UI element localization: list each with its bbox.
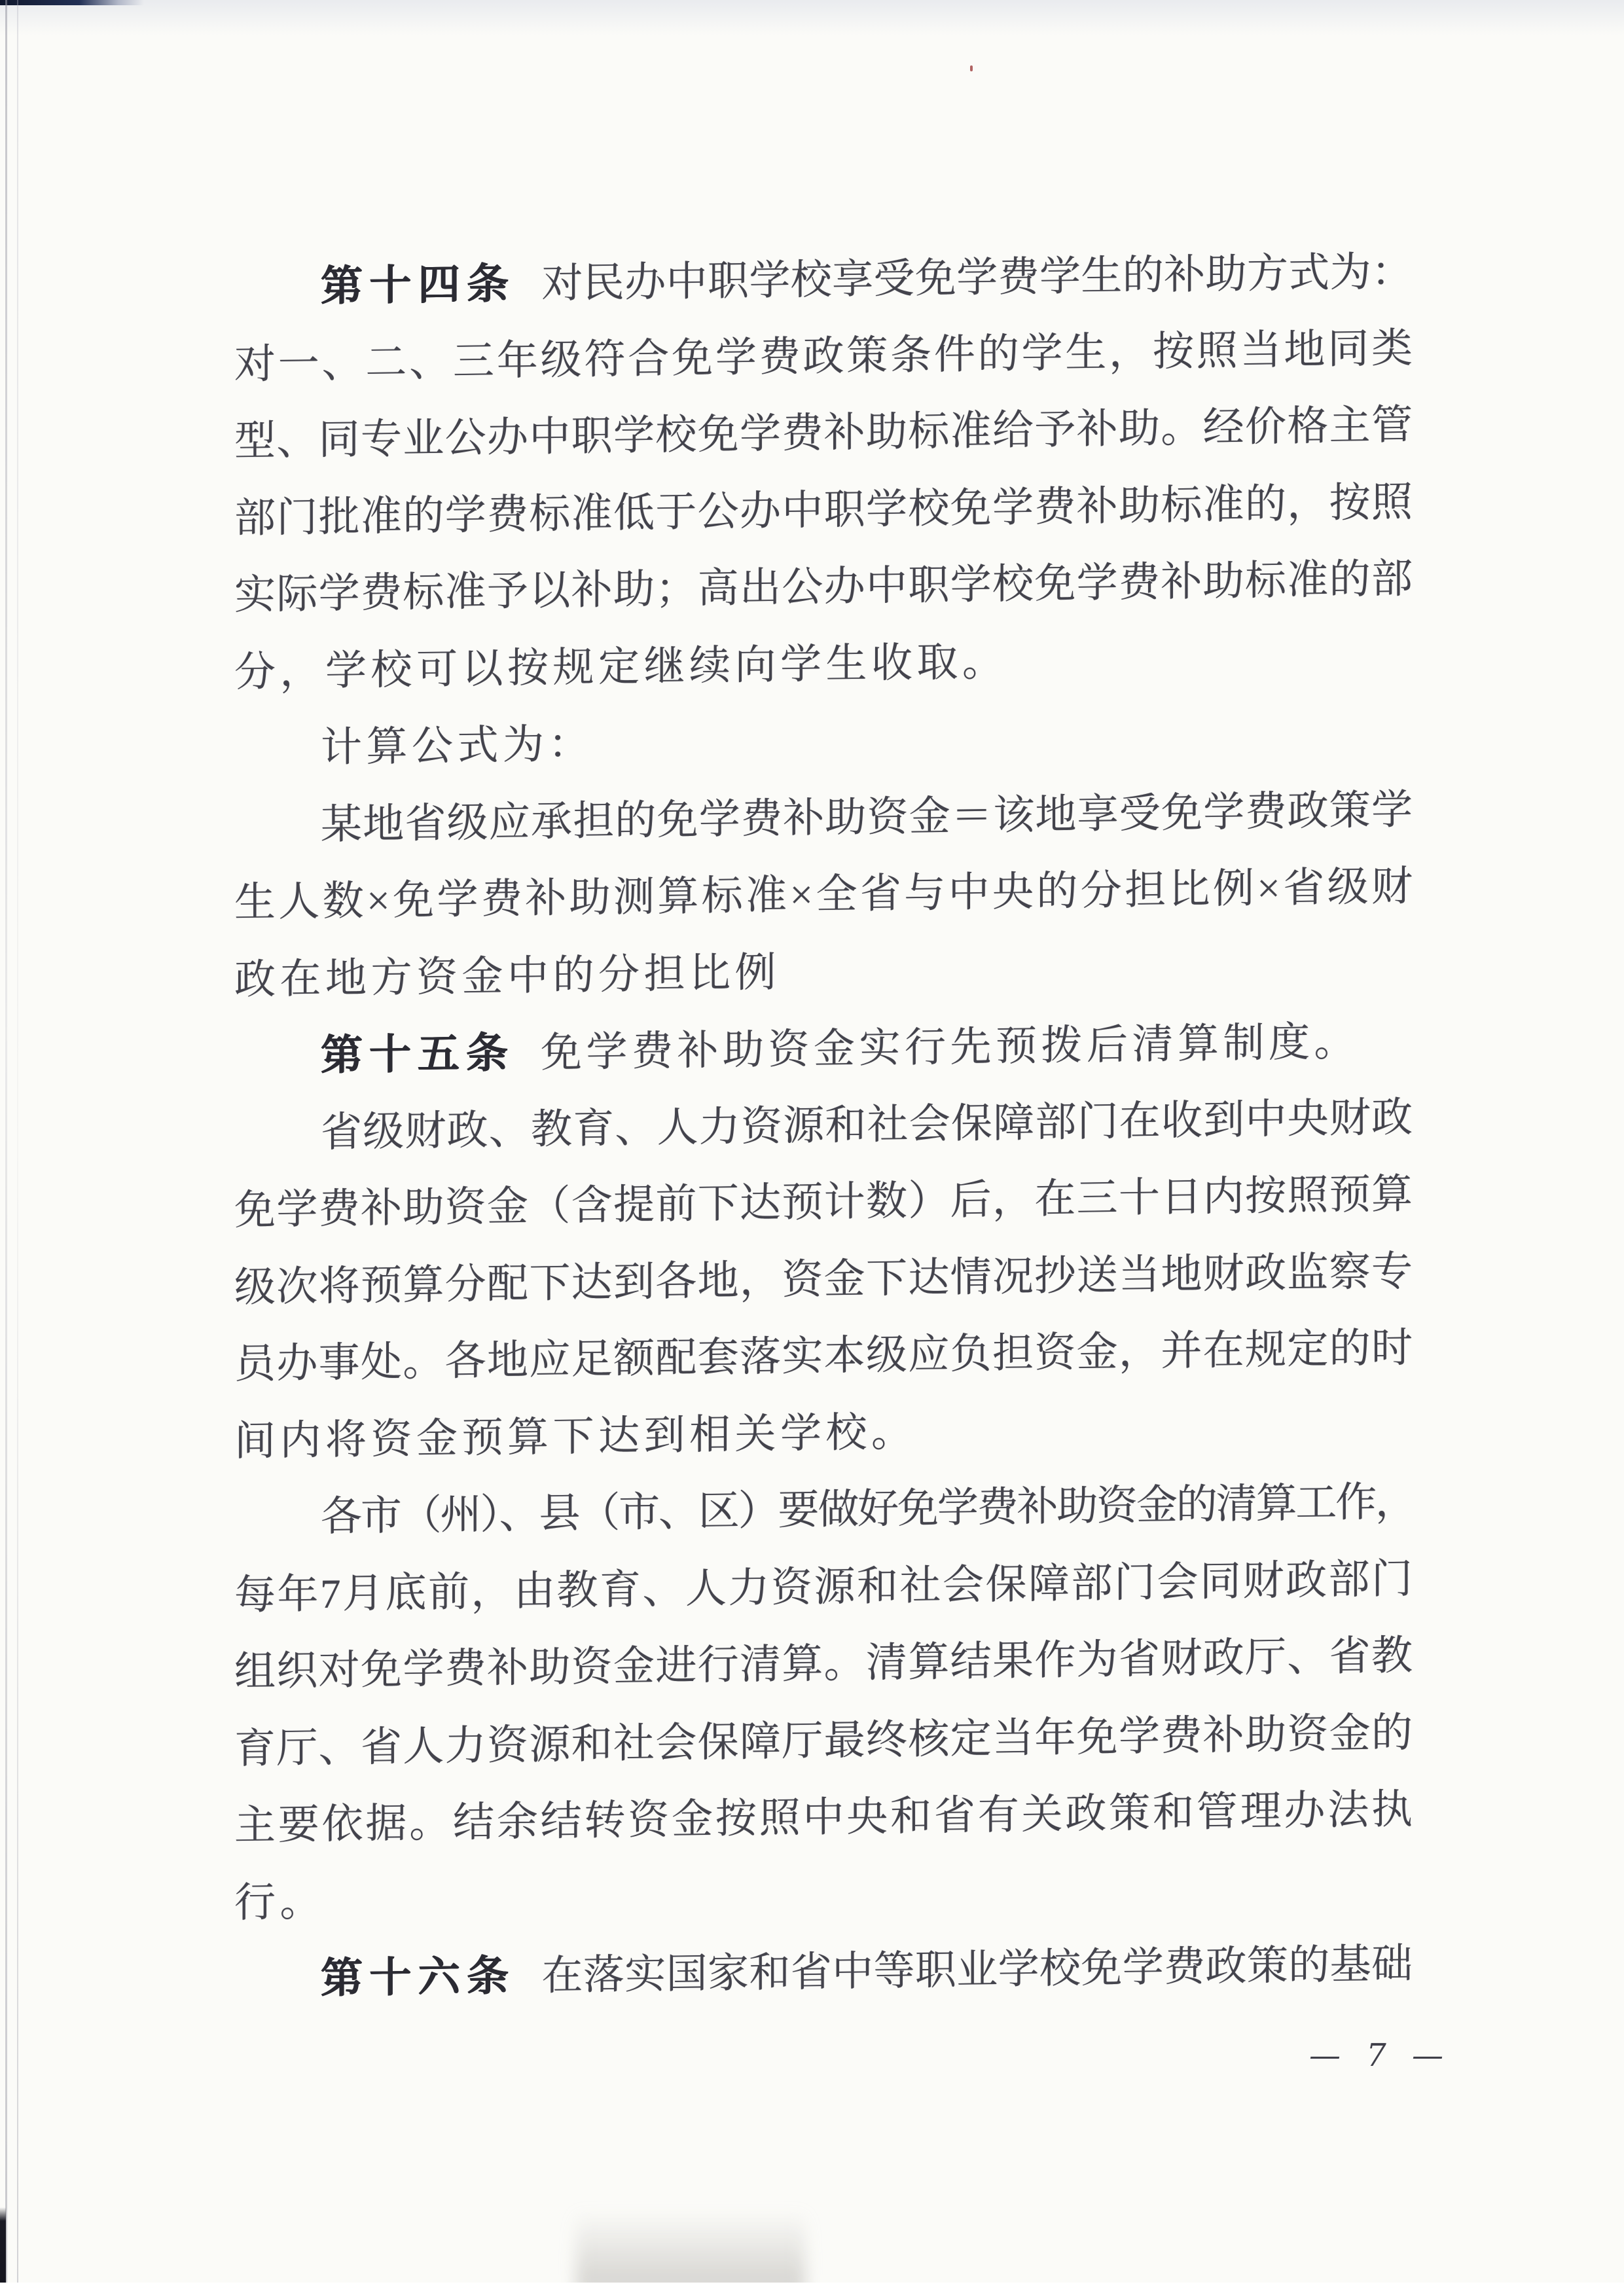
line-text: 间内将资金预算下达到相关学校。 (234, 1409, 917, 1464)
line-text: 对一、二、三年级符合免学费政策条件的学生，按照当地同类 (234, 325, 1413, 387)
article-number-heading: 第十四条 (321, 260, 516, 310)
scan-line-left-outer (5, 0, 7, 2295)
document-text: 第十四条对民办中职学校享受免学费学生的补助方式为：对一、二、三年级符合免学费政策… (234, 233, 1413, 2019)
line-text: 计算公式为： (321, 721, 594, 770)
line-text: 省级财政、教育、人力资源和社会保障部门在收到中央财政 (321, 1094, 1413, 1155)
line-text: 主要依据。结余结转资金按照中央和省有关政策和管理办法执 (234, 1786, 1413, 1849)
line-text: 部门批准的学费标准低于公办中职学校免学费补助标准的，按照 (234, 479, 1413, 541)
scan-edge-top-left (0, 0, 144, 5)
scan-bottom-margin (0, 2283, 1624, 2295)
text-line: 生人数×免学费补助测算标准×全省与中央的分担比例×省级财 (234, 848, 1413, 942)
scan-top-shading (0, 0, 1624, 35)
line-text: 实际学费标准予以补助；高出公办中职学校免学费补助标准的部 (234, 556, 1413, 618)
line-text: 员办事处。各地应足额配套落实本级应负担资金，并在规定的时 (234, 1325, 1413, 1387)
line-text: 级次将预算分配下达到各地，资金下达情况抄送当地财政监察专 (234, 1248, 1413, 1310)
line-text: 免学费补助资金实行先预拨后清算制度。 (541, 1019, 1360, 1075)
line-text: 育厅、省人力资源和社会保障厅最终核定当年免学费补助资金的 (234, 1709, 1413, 1771)
line-text: 在落实国家和省中等职业学校免学费政策的基础 (542, 1941, 1413, 1999)
scan-red-speck (970, 65, 973, 71)
text-line: 第十六条在落实国家和省中等职业学校免学费政策的基础 (234, 1925, 1413, 2019)
article-number-heading: 第十六条 (321, 1952, 516, 2002)
line-text: 组织对免学费补助资金进行清算。清算结果作为省财政厅、省教 (234, 1633, 1413, 1695)
text-line: 实际学费标准予以补助；高出公办中职学校免学费补助标准的部 (234, 541, 1413, 634)
scan-line-left-inner (17, 0, 18, 2295)
line-text: 各市（州）、县（市、区）要做好免学费补助资金的清算工作， (321, 1479, 1413, 1540)
line-text: 每年7月底前，由教育、人力资源和社会保障部门会同财政部门 (234, 1555, 1413, 1617)
line-text: 对民办中职学校享受免学费学生的补助方式为： (542, 249, 1413, 307)
text-line: 主要依据。结余结转资金按照中央和省有关政策和管理办法执 (234, 1771, 1413, 1865)
text-line: 员办事处。各地应足额配套落实本级应负担资金，并在规定的时 (234, 1310, 1413, 1403)
line-text: 生人数×免学费补助测算标准×全省与中央的分担比例×省级财 (234, 863, 1413, 926)
line-text: 政在地方资金中的分担比例 (234, 949, 780, 1003)
page-number: — 7 — (1309, 2037, 1451, 2074)
line-text: 免学费补助资金（含提前下达预计数）后，在三十日内按照预算 (234, 1171, 1413, 1233)
line-text: 行。 (234, 1879, 325, 1926)
line-text: 某地省级应承担的免学费补助资金＝该地享受免学费政策学 (321, 786, 1413, 847)
line-text: 型、同专业公办中职学校免学费补助标准给予补助。经价格主管 (234, 402, 1413, 464)
scan-edge-bottom-left (0, 2207, 6, 2283)
scanned-page: 第十四条对民办中职学校享受免学费学生的补助方式为：对一、二、三年级符合免学费政策… (0, 0, 1624, 2295)
article-number-heading: 第十五条 (321, 1029, 514, 1079)
line-text: 分，学校可以按规定继续向学生收取。 (234, 638, 1008, 695)
